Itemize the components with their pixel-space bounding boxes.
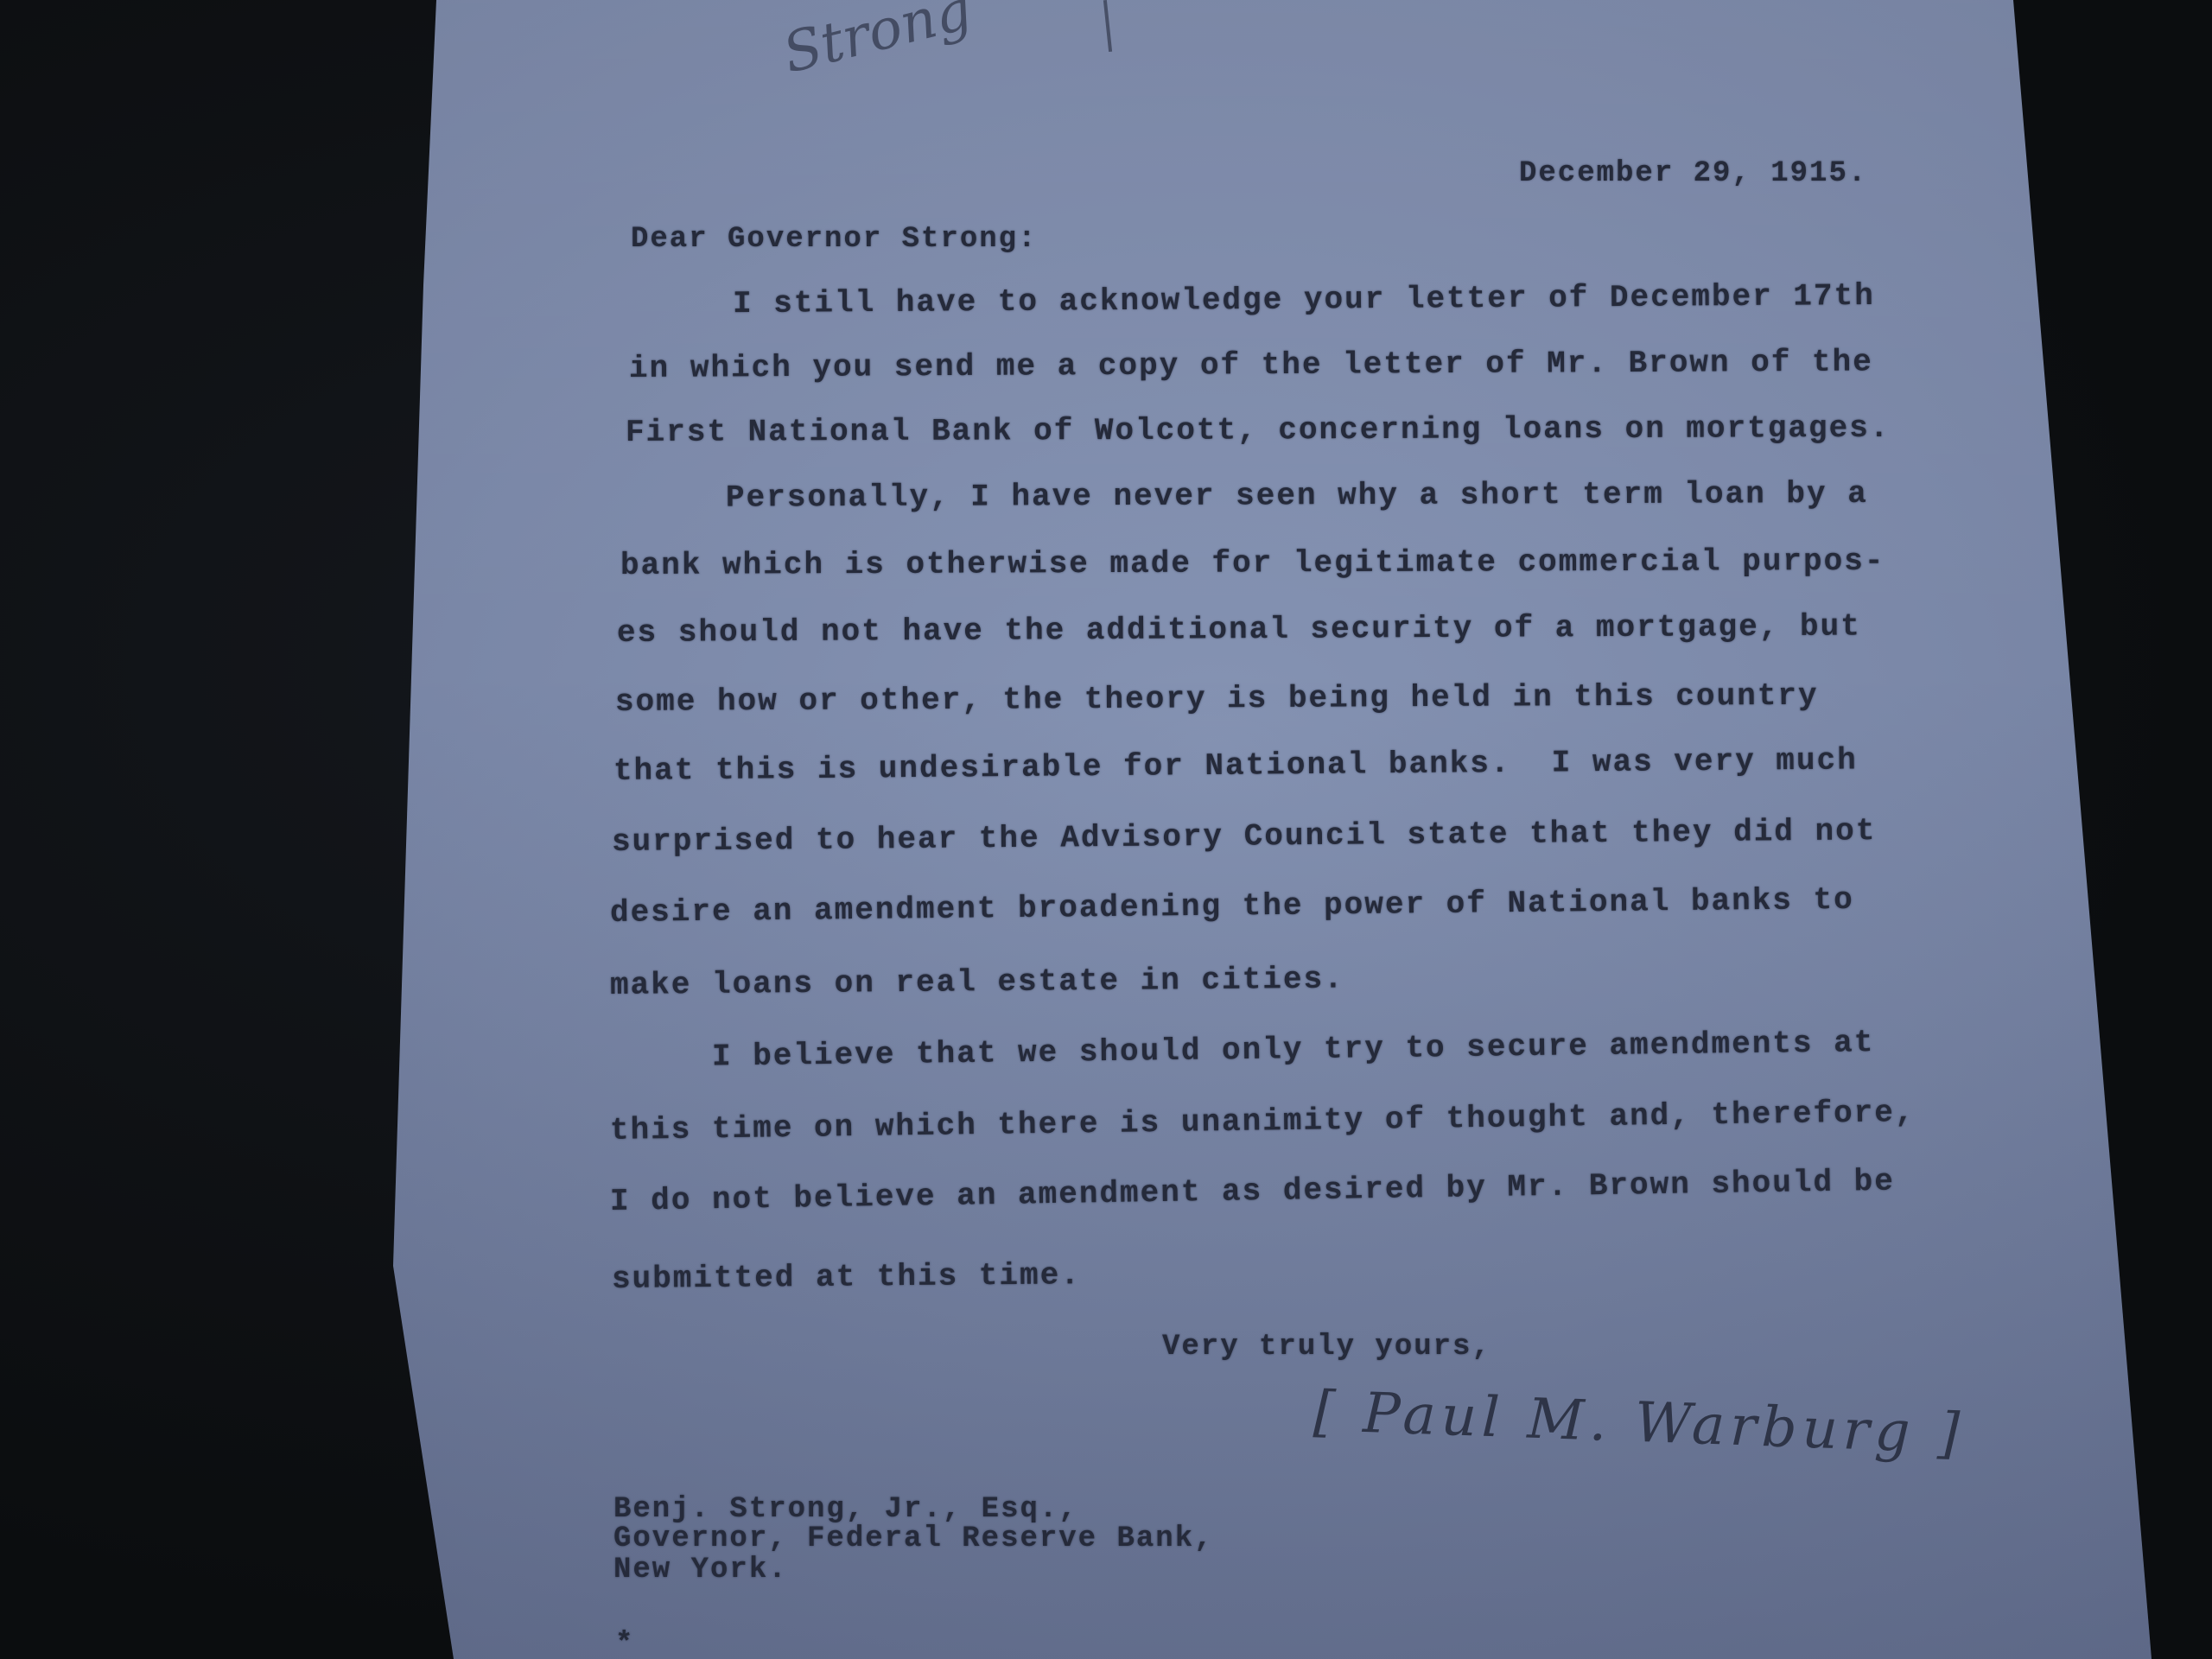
addressee-line: New York. (613, 1554, 788, 1586)
photo-scene: Strong December 29, 1915. Dear Governor … (0, 0, 2212, 1659)
addressee-line: Governor, Federal Reserve Bank, (613, 1522, 1214, 1555)
closing: Very truly yours, (1162, 1331, 1491, 1363)
footer-mark: * (615, 1628, 634, 1659)
body-line: submitted at this time. (612, 1257, 1081, 1297)
body-line: in which you send me a copy of the lette… (629, 344, 1873, 386)
body-line: make loans on real estate in cities. (610, 962, 1344, 1003)
body-line: First National Bank of Wolcott, concerni… (626, 410, 1891, 450)
letter-date: December 29, 1915. (1519, 157, 1867, 190)
body-line: es should not have the additional securi… (617, 608, 1861, 651)
body-line: Personally, I have never seen why a shor… (624, 476, 1868, 516)
addressee-line: Benj. Strong, Jr., Esq., (613, 1493, 1078, 1526)
body-line: bank which is otherwise made for legitim… (620, 543, 1885, 583)
salutation: Dear Governor Strong: (631, 223, 1037, 256)
body-line: some how or other, the theory is being h… (615, 678, 1819, 720)
